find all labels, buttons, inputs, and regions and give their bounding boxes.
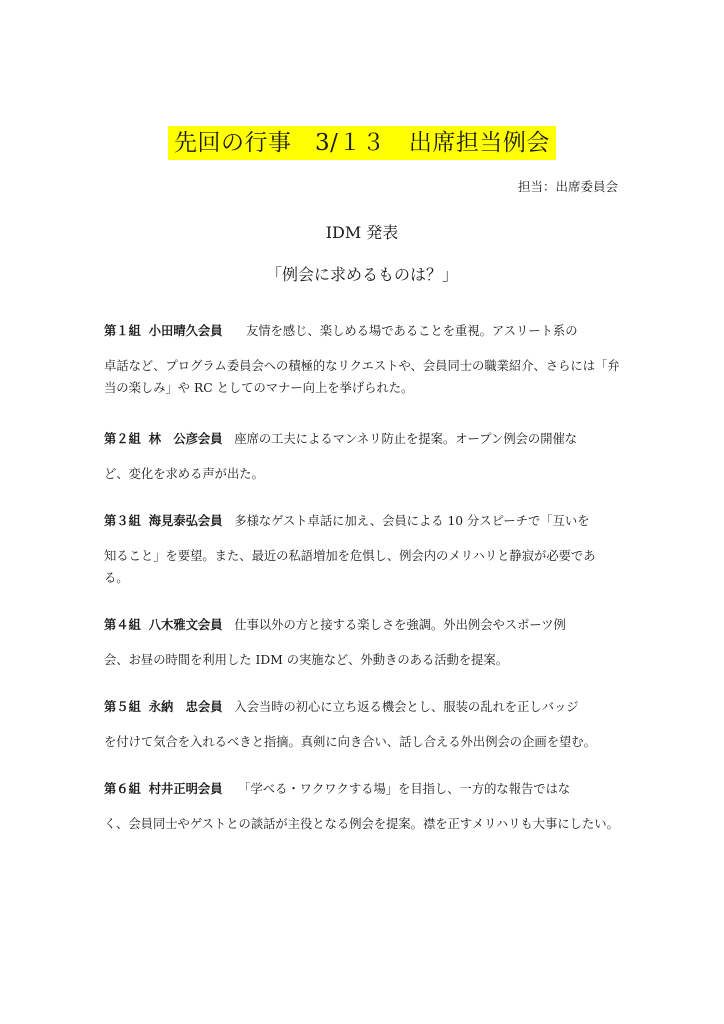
theme-heading: 「例会に求めるものは？」 [0,264,724,286]
report-text: 知ること」を要望。また、最近の私語増加を危惧し、例会内のメリハリと静寂が必要であ… [104,545,620,589]
report-text: 会、お昼の時間を利用した IDM の実施など、外動きのある活動を提案。 [104,649,620,671]
group-report-1: 第１組 小田晴久会員 友情を感じ、楽しめる場であることを重視。アスリート系の 卓… [104,322,620,399]
group-report-4: 第４組 八木雅文会員 仕事以外の方と接する楽しさを強調。外出例会やスポーツ例 会… [104,616,620,671]
group-label: 第３組 [104,513,141,528]
group-label: 第１組 [104,323,141,338]
report-text-start: 多様なゲスト卓話に加え、会員による 10 分スピーチで「互いを [234,514,589,528]
report-text-start: 「学べる・ワクワクする場」を目指し、一方的な報告ではな [238,782,570,796]
report-text-start: 友情を感じ、楽しめる場であることを重視。アスリート系の [246,324,578,338]
report-text-start: 入会当時の初心に立ち返る機会とし、服装の乱れを正しバッジ [234,700,578,714]
report-text: く、会員同士やゲストとの談話が主役となる例会を提案。襟を正すメリハリも大事にした… [104,813,620,835]
group-report-3: 第３組 海見泰弘会員 多様なゲスト卓話に加え、会員による 10 分スピーチで「互… [104,512,620,589]
group-label: 第４組 [104,617,141,632]
group-report-2: 第２組 林 公彦会員 座席の工夫によるマンネリ防止を提案。オープン例会の開催な … [104,430,620,485]
group-label: 第６組 [104,781,141,796]
report-text: ど、変化を求める声が出た。 [104,463,620,485]
group-label: 第５組 [104,699,141,714]
title-container: 先回の行事 3/１３ 出席担当例会 [0,126,724,160]
member-name: 八木雅文会員 [149,617,223,632]
report-text-start: 座席の工夫によるマンネリ防止を提案。オープン例会の開催な [234,432,577,446]
member-name: 村井正明会員 [149,781,223,796]
group-report-5: 第５組 永納 忠会員 入会当時の初心に立ち返る機会とし、服装の乱れを正しバッジ … [104,698,620,753]
group-report-6: 第６組 村井正明会員 「学べる・ワクワクする場」を目指し、一方的な報告ではな く… [104,780,620,835]
member-name: 海見泰弘会員 [149,513,223,528]
report-text: を付けて気合を入れるべきと指摘。真剣に向き合い、話し合える外出例会の企画を望む。 [104,731,620,753]
subtitle: IDM 発表 [0,222,724,244]
report-text: 卓話など、プログラム委員会への積極的なリクエストや、会員同士の職業紹介、さらには… [104,355,620,399]
group-label: 第２組 [104,431,141,446]
report-text-start: 仕事以外の方と接する楽しさを強調。外出例会やスポーツ例 [234,618,566,632]
member-name: 永納 忠会員 [149,699,223,714]
page-title: 先回の行事 3/１３ 出席担当例会 [168,126,556,160]
member-name: 小田晴久会員 [149,323,223,338]
member-name: 林 公彦会員 [149,431,223,446]
responsible-committee: 担当：出席委員会 [518,178,618,196]
